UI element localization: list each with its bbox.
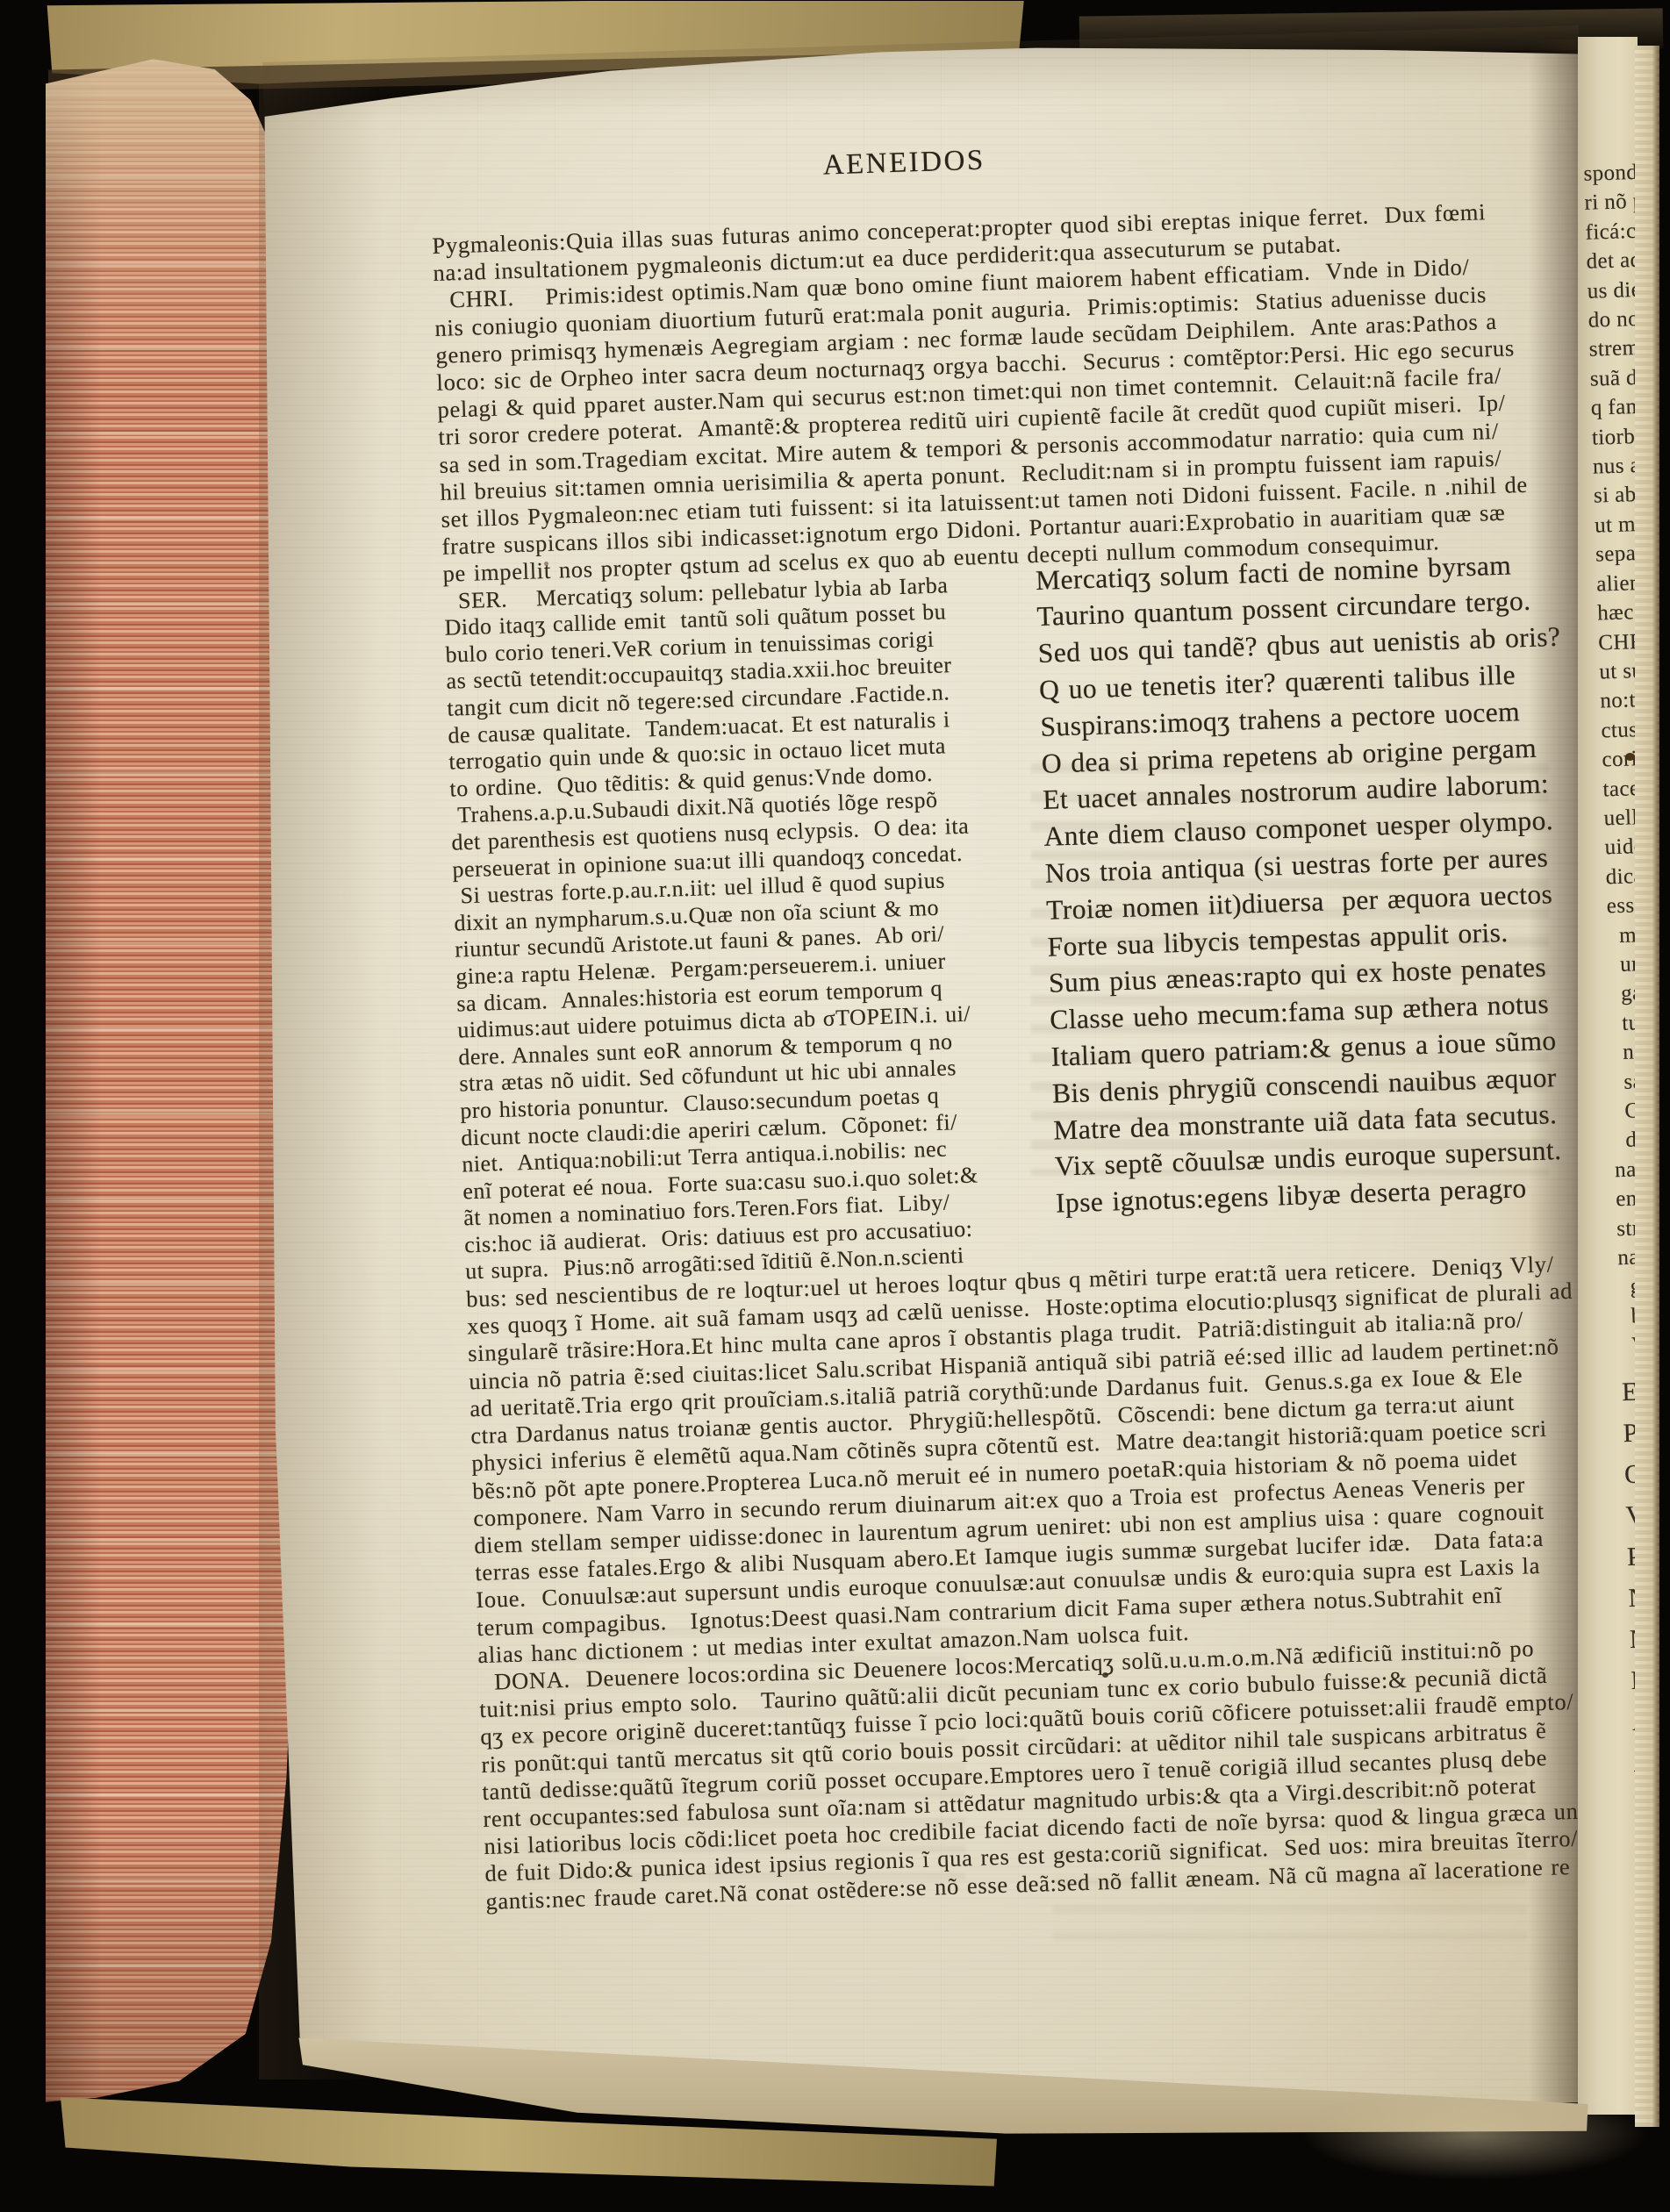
facing-page-fragment: uellet [1603,802,1638,833]
facing-page-fragment: esse.V [1606,891,1638,921]
bottom-corner-curl [1299,2088,1650,2180]
running-title: AENEIDOS [822,145,986,183]
facing-page-fragment: mus [1607,920,1638,950]
facing-page-fragment: do nos [1588,304,1638,335]
two-column-region: SER. Mercatiqʒ solum: pellebatur lybia a… [443,550,1632,1285]
facing-page-fragment: CHR [1598,626,1638,657]
facing-page-fragment: stremã: [1588,333,1638,364]
facing-page-fragment: dum [1614,1125,1638,1156]
facing-page-fragment: q fama [1590,392,1638,423]
facing-page-fragment: ctus ta [1601,714,1638,745]
facing-page-fragment: ut sub [1599,655,1638,686]
facing-page-fragment: sæp. [1612,1066,1638,1097]
facing-page-fore-edge [1635,46,1659,2127]
facing-page-strip: sponderi nõ paficá:curdet ad ous dieido … [1578,37,1638,2115]
facing-page-fragment: no:tau [1600,685,1638,716]
facing-page-fragment: ri nõ pa [1584,187,1638,218]
facing-page-fragment: sponde [1583,158,1638,189]
paper-speck [1625,753,1635,761]
chri-commentary-section: CHRI. Primis:idest optimis.Nam quæ bono … [434,249,1609,588]
facing-page-fragment: um [1608,949,1638,979]
fore-edge-pages [46,51,302,2106]
facing-page-fragment: tu a [1609,1007,1638,1038]
page-text-block: AENEIDOS Pygmaleonis:Quia illas suas fut… [432,195,1652,1915]
facing-page-fragment: Cap [1613,1095,1638,1126]
facing-page-fragment: tiorbi f [1591,421,1638,452]
facing-page-fragment: suã dicẽ [1589,363,1638,394]
facing-page-fragment: nus ado [1592,451,1638,482]
facing-page-fragment: det ad o [1586,246,1638,276]
book-photograph: AENEIDOS Pygmaleonis:Quia illas suas fut… [0,0,1670,2212]
ser-commentary-column: SER. Mercatiqʒ solum: pellebatur lybia a… [443,570,1034,1286]
facing-page-fragment: ga [1609,978,1638,1009]
facing-page-fragment: tacere [1602,773,1638,804]
facing-page-fragment: hæc d [1597,598,1638,628]
facing-page-fragment: si abser [1594,480,1638,511]
facing-page-fragment: nat [1610,1037,1638,1068]
lower-commentary-section: bus: sed nescientibus de re loqtur:uel u… [466,1249,1645,1670]
dona-commentary-section: DONA. Deuenere locos:ordina sic Deuenere… [478,1631,1652,1915]
facing-page-fragments: sponderi nõ paficá:curdet ad ous dieido … [1578,158,1638,1990]
verse-text-column: Mercatiqʒ solum facti de nomine byrsamTa… [1035,545,1579,1221]
facing-page-fragment: ficá:cur [1585,217,1638,247]
facing-page-fragment: separa [1595,539,1638,569]
facing-page-fragment: alienis [1596,568,1638,598]
facing-page-fragment: dicat [1605,861,1638,891]
facing-page-fragment: ut mar [1595,510,1638,540]
facing-page-fragment: us diei [1587,275,1638,305]
facing-page-fragment: uidet [1604,832,1638,863]
